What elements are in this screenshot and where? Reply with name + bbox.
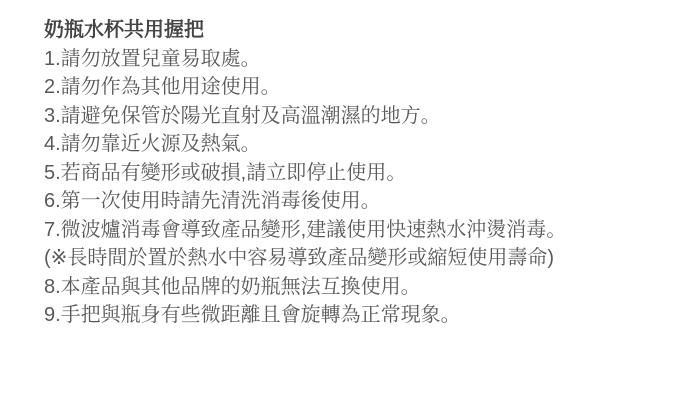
notice-line-9: 9.手把與瓶身有些微距離且會旋轉為正常現象。 — [44, 301, 656, 330]
notice-line-7-note: (※長時間於置於熱水中容易導致產品變形或縮短使用壽命) — [44, 244, 656, 273]
notice-line-1: 1.請勿放置兒童易取處。 — [44, 45, 656, 74]
notice-line-7: 7.微波爐消毒會導致產品變形,建議使用快速熱水沖燙消毒。 — [44, 216, 656, 245]
notice-line-8: 8.本產品與其他品牌的奶瓶無法互換使用。 — [44, 273, 656, 302]
product-usage-notice: 奶瓶水杯共用握把 1.請勿放置兒童易取處。 2.請勿作為其他用途使用。 3.請避… — [0, 0, 680, 330]
notice-line-6: 6.第一次使用時請先清洗消毒後使用。 — [44, 187, 656, 216]
notice-line-2: 2.請勿作為其他用途使用。 — [44, 73, 656, 102]
notice-line-3: 3.請避免保管於陽光直射及高溫潮濕的地方。 — [44, 102, 656, 131]
notice-line-5: 5.若商品有變形或破損,請立即停止使用。 — [44, 159, 656, 188]
notice-title: 奶瓶水杯共用握把 — [44, 16, 656, 45]
notice-line-4: 4.請勿靠近火源及熱氣。 — [44, 130, 656, 159]
